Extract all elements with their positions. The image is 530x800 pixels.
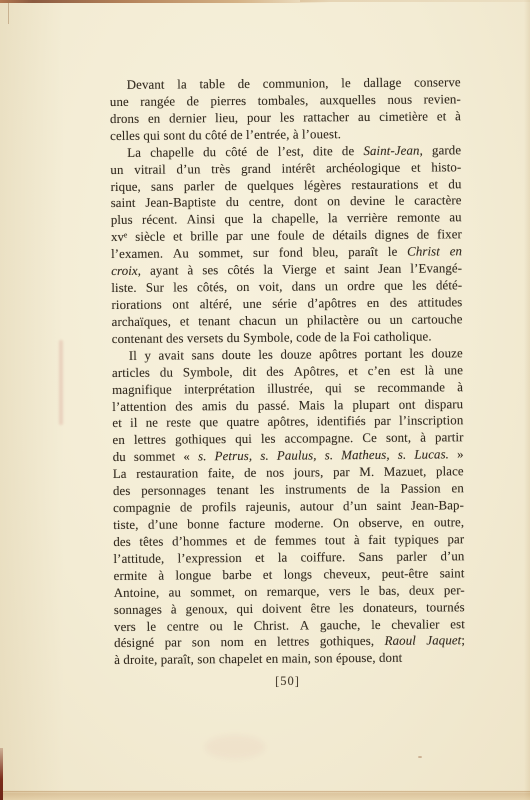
word: et <box>112 415 122 432</box>
word: sur <box>253 245 269 262</box>
word: Sur <box>146 280 164 297</box>
word: Passion <box>401 481 441 498</box>
word: l’attention <box>112 398 166 415</box>
word: et <box>255 550 265 567</box>
word: une <box>243 296 262 313</box>
paper-speck <box>418 756 422 758</box>
word: Jaquet; <box>426 633 465 650</box>
word: de <box>357 481 370 498</box>
text-line: plusrécent.Ainsiquelachapelle,laverrière… <box>111 210 462 230</box>
word: saint <box>344 261 369 278</box>
word: s. <box>260 448 269 465</box>
text-line: enlettresgothiquesquilesaccompagne.Ceson… <box>112 430 463 450</box>
word: on <box>236 279 249 296</box>
word: le <box>395 193 405 210</box>
word: amis <box>202 398 227 415</box>
word: d’apôtres <box>307 295 356 312</box>
word: nous <box>387 92 412 109</box>
word: riorations <box>111 297 162 314</box>
word: de <box>312 228 325 245</box>
word: Saint-Jean, <box>363 142 423 159</box>
word: des <box>113 483 131 500</box>
text-block: Devantlatabledecommunion,ledallageconser… <box>110 74 466 669</box>
word: autour <box>300 498 334 515</box>
book-page: Devantlatabledecommunion,ledallageconser… <box>0 0 530 800</box>
word: Matheus, <box>341 447 390 464</box>
word: donateurs, <box>363 599 417 616</box>
word: ayant <box>150 263 179 280</box>
word: ont <box>172 296 189 313</box>
word: intérêt <box>282 160 316 177</box>
word: désigné <box>114 635 154 652</box>
word: Devant <box>127 77 165 94</box>
word: du <box>448 176 461 193</box>
word: ses <box>202 262 218 279</box>
word: en <box>451 480 464 497</box>
word: qui <box>236 600 253 617</box>
word: gauche, <box>320 617 361 634</box>
word: jours, <box>294 465 324 482</box>
word: de <box>254 533 267 550</box>
text-line: désignéparsonnomenlettresgothiques,Raoul… <box>114 633 465 653</box>
word: par <box>333 464 350 481</box>
word: Christ <box>407 244 440 261</box>
word: au <box>449 210 462 227</box>
word: parler <box>396 548 427 565</box>
word: barbe <box>222 567 251 584</box>
word: de <box>187 93 200 110</box>
word: compagnie <box>113 500 171 517</box>
word: être <box>310 600 330 617</box>
word: revien- <box>424 91 461 108</box>
word: disparu <box>424 396 463 413</box>
word: par <box>447 531 464 548</box>
word: côtés, <box>197 279 227 296</box>
word: ne <box>146 415 159 432</box>
scan-edge-top-faint <box>300 0 530 2</box>
word: dignes <box>375 227 409 244</box>
word: foule <box>277 228 304 245</box>
word: Jean <box>378 261 401 278</box>
word: Symbole, <box>183 364 233 381</box>
word: s. <box>398 447 407 464</box>
word: archéologique <box>326 159 400 177</box>
word: place <box>436 463 464 480</box>
word: la <box>253 211 263 228</box>
word: attitudes <box>418 294 463 311</box>
word: conserve <box>414 74 461 91</box>
word: l’inscription <box>399 413 463 430</box>
word: Petrus, <box>215 448 253 465</box>
word: table <box>199 76 225 93</box>
word: genoux, <box>186 601 228 618</box>
word: observe, <box>358 515 402 532</box>
word: un <box>325 278 338 295</box>
word: on <box>327 194 340 211</box>
word: caractère <box>414 193 462 210</box>
word: Ce <box>362 430 377 447</box>
word: articles <box>112 364 150 381</box>
word: le <box>371 616 381 633</box>
word: accompagne. <box>285 430 354 447</box>
word: profils <box>202 499 236 516</box>
word: lettres <box>277 634 309 651</box>
page-number: [50] <box>112 674 463 689</box>
word: la <box>334 397 344 414</box>
word: de <box>238 76 251 93</box>
word: tombales, <box>258 92 309 109</box>
word: est <box>450 616 465 633</box>
word: communion, <box>263 75 329 92</box>
word: de <box>342 143 355 160</box>
word: M. <box>359 464 374 481</box>
word: bleu, <box>312 244 338 261</box>
word: centre <box>167 618 199 635</box>
word: de <box>244 465 257 482</box>
word: croix, <box>111 263 141 280</box>
word: en <box>112 432 125 449</box>
word: un <box>285 312 298 329</box>
word: de <box>180 499 193 516</box>
word: les <box>258 346 273 363</box>
word: se <box>354 380 365 397</box>
word: saint <box>111 195 136 212</box>
word: verrière <box>347 210 388 227</box>
word: les <box>409 345 424 362</box>
word: Raoul <box>385 633 416 650</box>
word: grand <box>241 160 271 177</box>
word: et <box>263 566 273 583</box>
scan-edge-bottom <box>0 790 530 800</box>
word: sont, <box>386 430 411 447</box>
word: tiste, <box>113 517 138 534</box>
word: un <box>390 312 403 329</box>
word: brille <box>190 228 218 245</box>
word: le <box>147 618 157 635</box>
word: altéré, <box>200 296 233 313</box>
word: une <box>444 362 463 379</box>
word: Ainsi <box>187 212 216 229</box>
word: facture <box>229 516 266 533</box>
word: vers <box>329 583 351 600</box>
word: qui <box>235 431 252 448</box>
word: du <box>160 364 173 381</box>
word: quelques <box>247 177 294 194</box>
word: avait <box>158 347 184 364</box>
scan-edge-left-tick <box>8 0 9 24</box>
word: on <box>244 584 257 601</box>
word: la <box>278 549 288 566</box>
word: fixer <box>437 227 462 244</box>
word: Christ. <box>254 617 290 634</box>
word: en <box>450 243 463 260</box>
word: détails <box>332 227 366 244</box>
word: per- <box>444 582 465 599</box>
word: en <box>254 634 267 651</box>
word: drons <box>110 111 139 128</box>
word: et <box>437 108 447 125</box>
word: voit, <box>259 279 283 296</box>
word: par <box>165 635 182 652</box>
word: recommande <box>377 379 445 396</box>
word: de <box>417 227 430 244</box>
word: s. <box>325 448 334 465</box>
word: en <box>367 295 380 312</box>
word: xvᵉ <box>111 229 128 246</box>
word: par <box>374 413 391 430</box>
word: des <box>266 363 284 380</box>
word: deux <box>409 582 435 599</box>
word: sans <box>151 178 174 195</box>
word: ont <box>399 396 416 413</box>
scan-edge-right <box>524 0 530 800</box>
word: du <box>203 144 216 161</box>
word: il <box>130 415 138 432</box>
word: doute <box>222 347 251 364</box>
word: reste <box>166 415 191 432</box>
word: tenant <box>198 313 230 330</box>
word: tenant <box>217 482 249 499</box>
word: l’est, <box>278 143 304 160</box>
word: au <box>169 584 182 601</box>
word: On <box>333 515 349 532</box>
word: le <box>341 75 351 92</box>
word: l’Evangé- <box>410 260 462 277</box>
word: légères <box>304 177 341 194</box>
word: liste. <box>111 280 136 297</box>
word: à <box>187 262 193 279</box>
word: archaïques, <box>112 313 172 330</box>
word: remarque, <box>267 583 320 600</box>
word: remonte <box>397 210 440 227</box>
word: douze <box>280 346 311 363</box>
word: femmes <box>275 532 317 549</box>
word: devine <box>350 193 385 210</box>
word: portant <box>365 345 402 362</box>
word: Jean-Bap- <box>411 497 464 514</box>
word: « <box>183 449 190 466</box>
word: de <box>225 178 238 195</box>
word: et <box>411 159 421 176</box>
word: ou <box>210 618 223 635</box>
word: côtés <box>227 262 254 279</box>
word: coiffure. <box>300 549 345 566</box>
word: Paulus, <box>277 448 317 465</box>
word: passé. <box>258 397 290 414</box>
scan-edge-top <box>0 0 330 3</box>
word: dété- <box>436 277 462 294</box>
word: d’un <box>343 498 367 515</box>
text-line: à droite, paraît, son chapelet en main, … <box>114 650 465 670</box>
word: les <box>173 279 188 296</box>
word: moderne. <box>274 515 323 532</box>
word: dit <box>242 364 256 381</box>
scan-edge-red-strip <box>0 748 3 800</box>
word: à <box>420 430 426 447</box>
word: sans <box>191 347 214 364</box>
word: d’un <box>440 548 464 565</box>
word: et <box>236 533 246 550</box>
word: ou <box>368 312 381 329</box>
word: rique, <box>110 178 140 195</box>
word: l’expression <box>178 550 242 567</box>
word: illustrée, <box>267 380 313 397</box>
word: longs <box>284 566 313 583</box>
word: d’hommes <box>172 533 227 550</box>
word: des <box>113 534 131 551</box>
word: la <box>177 76 187 93</box>
word: Lucas. <box>414 447 449 464</box>
word: chevalier <box>391 616 439 633</box>
word: cheveux, <box>323 566 370 583</box>
word: un <box>110 162 123 179</box>
word: ermite <box>114 567 148 584</box>
word: son <box>192 635 210 652</box>
text-line: rique,sansparlerdequelqueslégèresrestaur… <box>110 176 461 196</box>
word: de <box>256 143 269 160</box>
word: à <box>171 601 177 618</box>
word: gothiques <box>175 431 226 448</box>
word: l’attitude, <box>113 550 164 567</box>
text-line: Lachapelleducôtédel’est,ditedeSaint-Jean… <box>110 142 461 162</box>
word: Mais <box>299 397 325 414</box>
word: d’une <box>148 516 178 533</box>
word: tout <box>325 532 346 549</box>
word: d’un <box>176 161 200 178</box>
word: bas, <box>379 582 400 599</box>
word: personnages <box>141 482 206 499</box>
text-line: croix,ayantàsescôtéslaViergeetsaintJeanl… <box>111 260 462 280</box>
word: la <box>263 262 273 279</box>
word: saint <box>440 565 465 582</box>
word: une <box>251 228 270 245</box>
word: paraît <box>348 244 378 261</box>
word: vitrail <box>134 161 166 178</box>
word: Vierge <box>282 262 317 279</box>
word: une <box>110 94 129 111</box>
word: Mazuet, <box>384 464 427 481</box>
word: » <box>457 447 464 464</box>
word: du <box>113 449 126 466</box>
word: lieu, <box>215 110 238 127</box>
word: pour <box>247 110 271 127</box>
word: les <box>261 431 276 448</box>
word: récent. <box>142 212 178 229</box>
word: nom <box>221 634 244 651</box>
word: pierres <box>210 93 246 110</box>
word: auxquelles <box>320 92 376 109</box>
word: longue <box>175 567 211 584</box>
word: sonnages <box>114 601 162 618</box>
word: c’en <box>368 362 391 379</box>
word: restaurations <box>351 176 418 193</box>
word: série <box>272 296 297 313</box>
word: et <box>180 313 190 330</box>
word: fond <box>279 245 303 262</box>
word: ordre <box>347 278 375 295</box>
word: faite, <box>208 465 235 482</box>
word: que <box>384 278 403 295</box>
word: dite <box>313 143 333 160</box>
word: Apôtres, <box>294 363 339 380</box>
word: La <box>113 466 127 483</box>
word: centre, <box>249 194 285 211</box>
paper-stain <box>205 735 265 759</box>
word: la <box>328 211 338 228</box>
word: sommet <box>134 449 176 466</box>
word: apôtres, <box>267 414 308 431</box>
word: et <box>326 261 336 278</box>
word: du <box>236 397 249 414</box>
word: instruments <box>285 481 346 498</box>
word: là <box>425 362 435 379</box>
word: fait <box>368 532 386 549</box>
word: par <box>226 228 243 245</box>
text-line: dronsendernierlieu,pourlesrattacheraucim… <box>110 108 461 128</box>
word: l’examen. <box>111 246 163 263</box>
word: parler <box>184 178 215 195</box>
word: gothiques, <box>320 633 374 650</box>
word: très <box>211 161 230 178</box>
word: La <box>127 144 141 161</box>
word: histo- <box>431 159 461 176</box>
text-segment: à droite, paraît, son chapelet en main, … <box>114 651 402 667</box>
word: rattacher <box>303 109 349 126</box>
word: les <box>280 109 295 126</box>
word: du <box>226 194 239 211</box>
word: identifiés <box>317 413 366 430</box>
word: cimetière <box>379 108 428 125</box>
word: nos <box>266 465 284 482</box>
word: Jean-Baptiste <box>145 195 216 212</box>
word: des <box>390 295 408 312</box>
word: Antoine, <box>114 584 160 601</box>
word: dallage <box>363 75 401 92</box>
word: les <box>260 482 275 499</box>
word: plus <box>111 212 133 229</box>
word: dont <box>294 194 317 211</box>
word: Il <box>129 348 137 365</box>
word: est <box>400 362 415 379</box>
word: typiques <box>394 531 439 548</box>
text-segment: celles qui sont du côté de l’entrée, à l… <box>110 127 341 143</box>
word: à <box>354 532 360 549</box>
word: et <box>348 363 358 380</box>
text-segment: contenant des versets du Symbole, code d… <box>112 329 432 346</box>
word: dans <box>292 278 316 295</box>
word: interprétation <box>184 380 255 397</box>
word: vers <box>114 618 136 635</box>
word: chapelle, <box>272 211 319 228</box>
word: y <box>144 347 151 364</box>
word: A <box>300 617 310 634</box>
word: sommet, <box>190 584 235 601</box>
word: magnifique <box>112 381 172 398</box>
word: en <box>148 110 161 127</box>
word: et <box>173 229 183 246</box>
word: en <box>412 515 425 532</box>
word: et <box>429 176 439 193</box>
word: bonne <box>187 516 219 533</box>
word: siècle <box>135 229 165 246</box>
word: que <box>199 415 218 432</box>
word: que <box>224 211 243 228</box>
word: philactère <box>307 312 359 329</box>
word: au <box>358 109 371 126</box>
word: peut-être <box>382 565 429 582</box>
word: Au <box>173 246 189 263</box>
word: à <box>158 567 164 584</box>
